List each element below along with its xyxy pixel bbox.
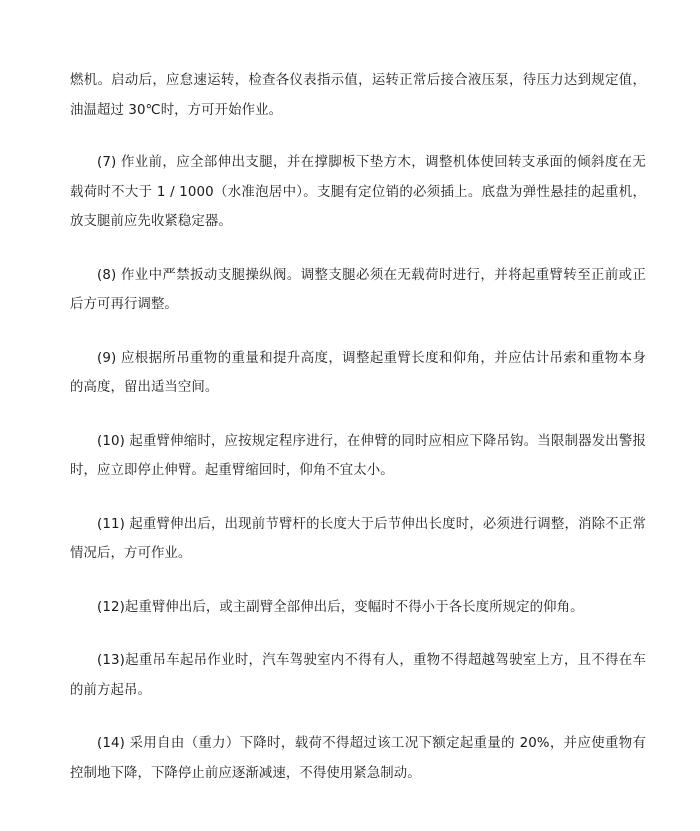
paragraph-item-9: (9) 应根据所吊重物的重量和提升高度，调整起重臂长度和仰角，并应估计吊索和重物… (70, 344, 646, 403)
paragraph-item-7: (7) 作业前，应全部伸出支腿，并在撑脚板下垫方木，调整机体使回转支承面的倾斜度… (70, 148, 646, 237)
paragraph-item-11: (11) 起重臂伸出后，出现前节臂杆的长度大于后节伸出长度时，必须进行调整，消除… (70, 510, 646, 569)
paragraph-item-14: (14) 采用自由（重力）下降时，载荷不得超过该工况下额定起重量的 20%，并应… (70, 729, 646, 788)
paragraph-continuation: 燃机。启动后，应怠速运转，检查各仪表指示值，运转正常后接合液压泵，待压力达到规定… (70, 66, 646, 125)
paragraph-item-10: (10) 起重臂伸缩时，应按规定程序进行，在伸臂的同时应相应下降吊钩。当限制器发… (70, 427, 646, 486)
document-page: 燃机。启动后，应怠速运转，检查各仪表指示值，运转正常后接合液压泵，待压力达到规定… (70, 66, 646, 812)
paragraph-item-13: (13)起重吊车起吊作业时，汽车驾驶室内不得有人，重物不得超越驾驶室上方，且不得… (70, 646, 646, 705)
paragraph-item-12: (12)起重臂伸出后，或主副臂全部伸出后，变幅时不得小于各长度所规定的仰角。 (70, 593, 646, 623)
paragraph-item-8: (8) 作业中严禁扳动支腿操纵阀。调整支腿必须在无载荷时进行，并将起重臂转至正前… (70, 261, 646, 320)
